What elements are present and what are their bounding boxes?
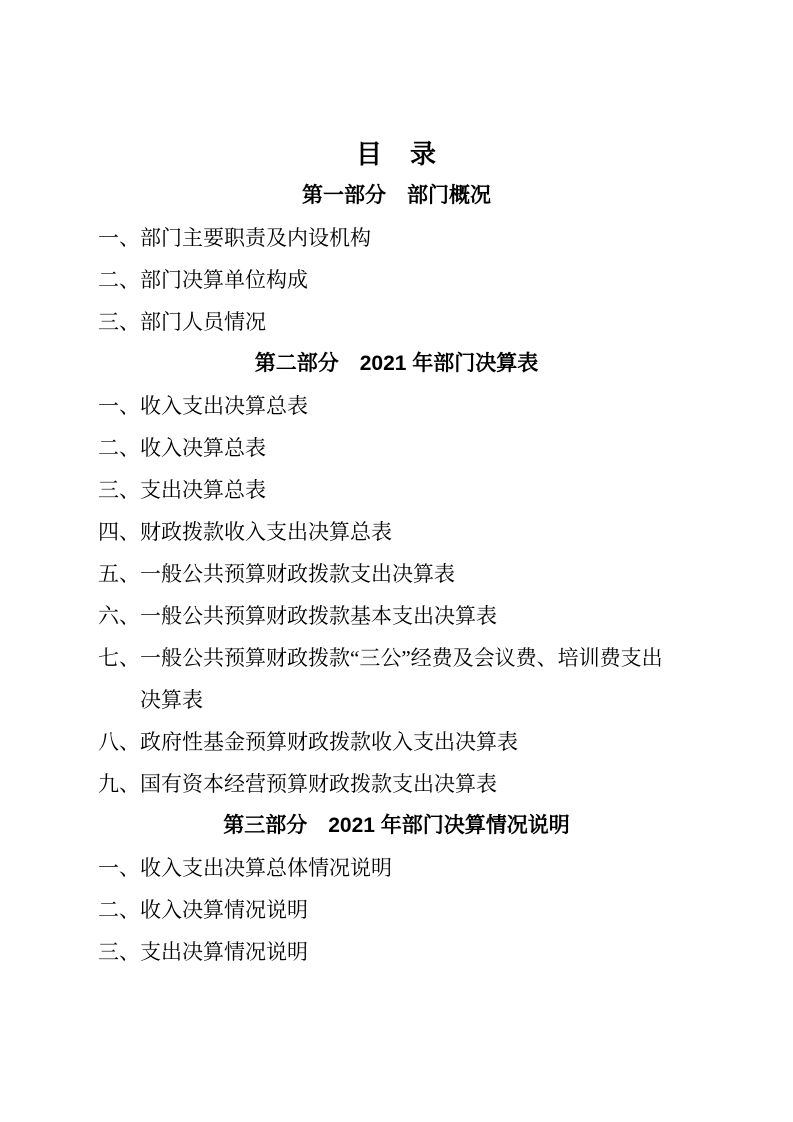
toc-entry-part2-6: 六、一般公共预算财政拨款基本支出决算表 (0, 595, 793, 637)
toc-entry-part3-2: 二、收入决算情况说明 (0, 889, 793, 931)
toc-entry-part3-1: 一、收入支出决算总体情况说明 (0, 847, 793, 889)
toc-entry-part2-3: 三、支出决算总表 (0, 469, 793, 511)
toc-entry-part2-2: 二、收入决算总表 (0, 427, 793, 469)
document-page: 目 录 第一部分 部门概况 一、部门主要职责及内设机构 二、部门决算单位构成 三… (0, 0, 793, 1122)
toc-entry-part2-1: 一、收入支出决算总表 (0, 385, 793, 427)
part-1-heading: 第一部分 部门概况 (0, 175, 793, 217)
toc-entry-part2-9: 九、国有资本经营预算财政拨款支出决算表 (0, 763, 793, 805)
toc-entry-part3-3: 三、支出决算情况说明 (0, 931, 793, 973)
toc-entry-part1-2: 二、部门决算单位构成 (0, 259, 793, 301)
part-3-heading: 第三部分 2021 年部门决算情况说明 (0, 805, 793, 847)
part-2-heading: 第二部分 2021 年部门决算表 (0, 343, 793, 385)
toc-entry-part1-3: 三、部门人员情况 (0, 301, 793, 343)
toc-entry-part2-5: 五、一般公共预算财政拨款支出决算表 (0, 553, 793, 595)
page-title: 目 录 (0, 133, 793, 175)
toc-entry-part1-1: 一、部门主要职责及内设机构 (0, 217, 793, 259)
toc-entry-part2-7-wrap: 决算表 (0, 679, 793, 721)
toc-entry-part2-4: 四、财政拨款收入支出决算总表 (0, 511, 793, 553)
toc-entry-part2-7: 七、一般公共预算财政拨款“三公”经费及会议费、培训费支出 (0, 637, 793, 679)
toc-entry-part2-8: 八、政府性基金预算财政拨款收入支出决算表 (0, 721, 793, 763)
